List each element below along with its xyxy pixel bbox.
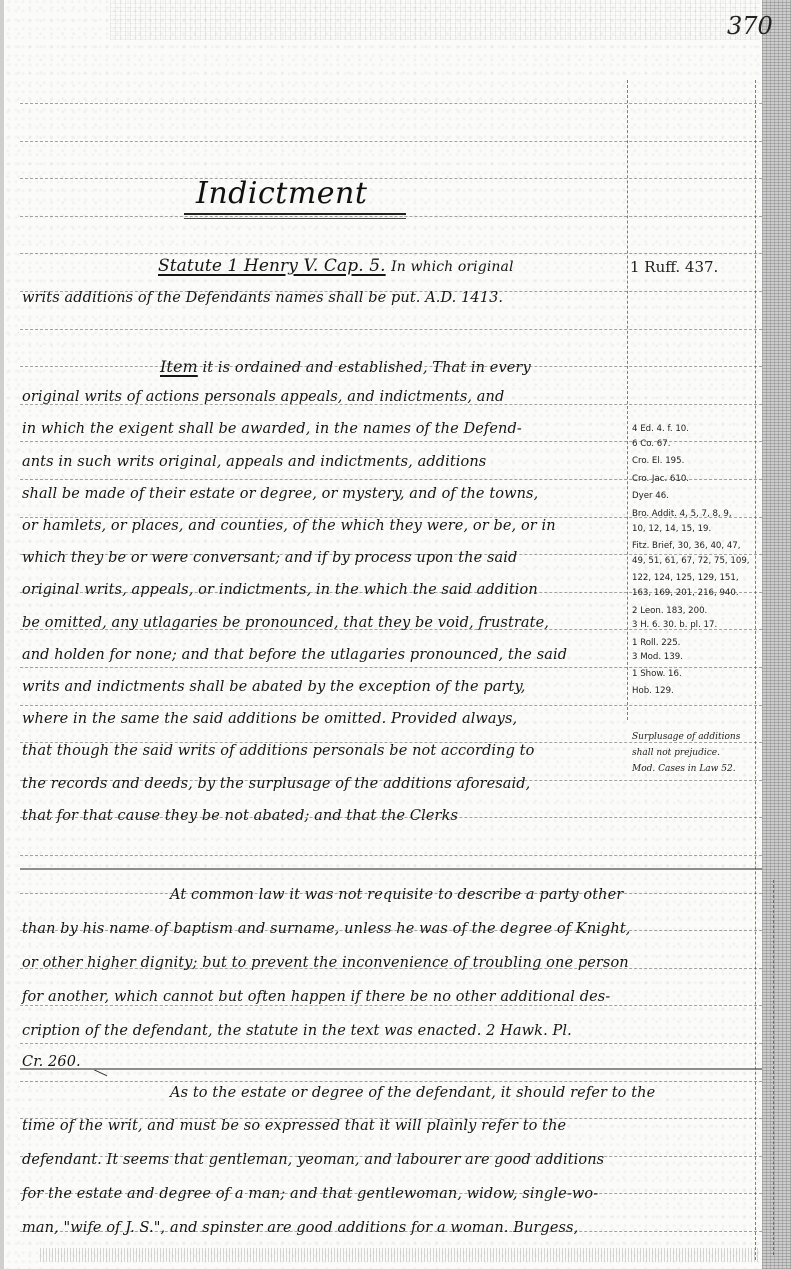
margin-divider-line — [627, 80, 628, 720]
margin-note-line: shall not prejudice. — [632, 748, 762, 758]
statute-text-line: Item it is ordained and established, Tha… — [160, 357, 760, 376]
ruled-line — [20, 1043, 762, 1044]
statute-text-line: that though the said writs of additions … — [22, 743, 622, 759]
margin-citation: 3 Mod. 139. — [632, 652, 762, 662]
statute-text-line: shall be made of their estate or degree,… — [22, 486, 622, 502]
ruled-line — [20, 1005, 762, 1006]
margin-citation: Bro. Addit. 4, 5, 7, 8, 9, — [632, 509, 762, 519]
commentary-line: At common law it was not requisite to de… — [170, 887, 791, 903]
statute-text-line: writs and indictments shall be abated by… — [22, 679, 622, 695]
margin-citation: 3 H. 6. 30. b. pl. 17. — [632, 620, 762, 630]
title-underline — [184, 213, 406, 219]
ruled-line — [20, 103, 762, 104]
statute-text-line: or hamlets, or places, and counties, of … — [22, 518, 622, 534]
commentary-line: cription of the defendant, the statute i… — [22, 1023, 757, 1039]
ruled-line — [20, 329, 762, 330]
margin-citation: 4 Ed. 4. f. 10. — [632, 424, 762, 434]
ruled-line — [20, 855, 762, 856]
margin-citation: Hob. 129. — [632, 686, 762, 696]
page-title: Indictment — [196, 176, 367, 211]
margin-note-line: Mod. Cases in Law 52. — [632, 764, 762, 774]
commentary-line: than by his name of baptism and surname,… — [22, 921, 757, 937]
margin-citation: Dyer 46. — [632, 491, 762, 501]
statute-text-line: in which the exigent shall be awarded, i… — [22, 421, 622, 437]
statute-heading: Statute 1 Henry V. Cap. 5. — [158, 256, 386, 276]
page-left-edge — [0, 0, 4, 1269]
statute-text-line: and holden for none; and that before the… — [22, 647, 622, 663]
margin-citation: 10, 12, 14, 15, 19. — [632, 524, 762, 534]
page-binding-edge — [762, 0, 791, 1269]
statute-text-line: original writs, appeals, or indictments,… — [22, 582, 622, 598]
statute-text-line-rest: it is ordained and established, That in … — [198, 360, 531, 376]
commentary-line: for another, which cannot but often happ… — [22, 989, 757, 1005]
ruled-line — [20, 667, 762, 668]
margin-citation: 6 Co. 67. — [632, 439, 762, 449]
commentary-line: time of the writ, and must be so express… — [22, 1118, 757, 1134]
margin-citation: 122, 124, 125, 129, 151, — [632, 573, 762, 583]
statute-heading-line-2: writs additions of the Defendants names … — [22, 290, 622, 306]
manuscript-page: 370 Indictment Statute 1 Henry V. Cap. 5… — [0, 0, 791, 1269]
statute-text-line: be omitted, any utlagaries be pronounced… — [22, 615, 622, 631]
ruled-line — [20, 253, 762, 254]
statute-text-line: original writs of actions personals appe… — [22, 389, 622, 405]
statute-text-line: which they be or were conversant; and if… — [22, 550, 622, 566]
page-number: 370 — [727, 12, 773, 40]
statute-text-line: the records and deeds, by the surplusage… — [22, 776, 622, 792]
statute-heading-rest: In which original — [391, 259, 513, 275]
scan-noise-bottom — [40, 1248, 760, 1262]
margin-citation: Cro. El. 195. — [632, 456, 762, 466]
item-lead-word: Item — [160, 357, 198, 376]
section-separator — [20, 868, 762, 870]
commentary-line: for the estate and degree of a man; and … — [22, 1186, 757, 1202]
margin-citation: Fitz. Brief, 30, 36, 40, 47, — [632, 541, 762, 551]
margin-note-line: Surplusage of additions — [632, 732, 762, 742]
ruled-line — [20, 705, 762, 706]
statute-text-line: ants in such writs original, appeals and… — [22, 454, 622, 470]
margin-citation: Cro. Jac. 610. — [632, 474, 762, 484]
statute-text-line: that for that cause they be not abated; … — [22, 808, 622, 824]
ruled-line — [20, 178, 762, 179]
commentary-line: Cr. 260. — [22, 1054, 757, 1070]
commentary-line: or other higher dignity; but to prevent … — [22, 955, 757, 971]
scan-noise-top — [110, 0, 760, 40]
margin-citation-ruffhead: 1 Ruff. 437. — [630, 258, 760, 276]
outer-border-line — [773, 880, 774, 1255]
margin-citation: 2 Leon. 183, 200. — [632, 606, 762, 616]
ruled-line — [20, 1081, 762, 1082]
ruled-line — [20, 141, 762, 142]
commentary-line: man, "wife of J. S.", and spinster are g… — [22, 1220, 757, 1236]
statute-text-line: where in the same the said additions be … — [22, 711, 622, 727]
commentary-line: As to the estate or degree of the defend… — [170, 1085, 791, 1101]
margin-citation: 1 Roll. 225. — [632, 638, 762, 648]
margin-citation: 1 Show. 16. — [632, 669, 762, 679]
commentary-line: defendant. It seems that gentleman, yeom… — [22, 1152, 757, 1168]
margin-citation: 49, 51, 61, 67, 72, 75, 109, — [632, 556, 762, 566]
margin-citation: 163, 169, 201, 216, 940. — [632, 588, 762, 598]
